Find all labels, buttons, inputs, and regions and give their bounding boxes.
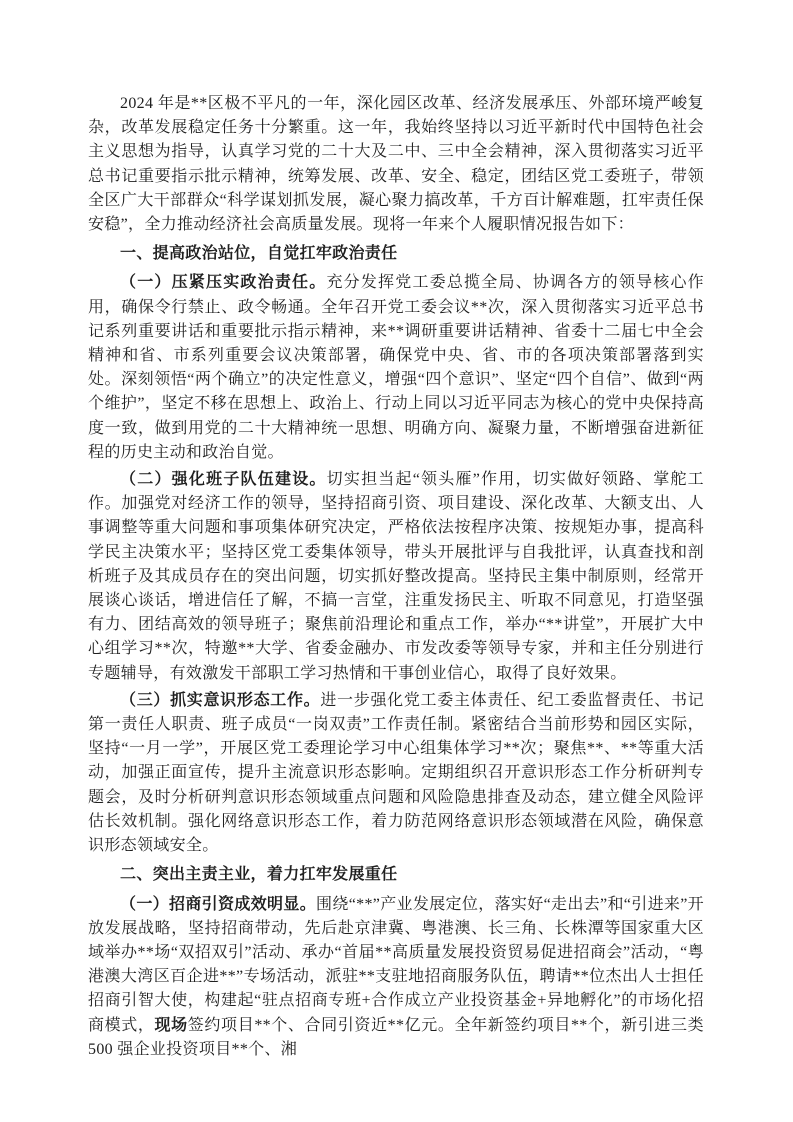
document-page: 2024 年是**区极不平凡的一年，深化园区改革、经济发展承压、外部环境严峻复杂… — [0, 0, 793, 1122]
bold-text-run: （三）抓实意识形态工作。 — [120, 692, 320, 709]
text-run: 切实担当起“领头雁”作用，切实做好领路、掌舵工作。加强党对经济工作的领导，坚持招… — [88, 471, 704, 682]
bold-text-run: （一）招商引资成效明显。 — [120, 896, 316, 913]
document-body: 2024 年是**区极不平凡的一年，深化园区改革、经济发展承压、外部环境严峻复杂… — [88, 92, 704, 1062]
text-run: 2024 年是**区极不平凡的一年，深化园区改革、经济发展承压、外部环境严峻复杂… — [88, 95, 704, 233]
bold-text-run: 现场 — [155, 1017, 188, 1034]
section-1-paragraph-2: （二）强化班子队伍建设。切实担当起“领头雁”作用，切实做好领路、掌舵工作。加强党… — [88, 468, 704, 686]
text-run: 充分发挥党工委总揽全局、协调各方的领导核心作用，确保令行禁止、政令畅通。全年召开… — [88, 274, 704, 460]
section-2-paragraph-1: （一）招商引资成效明显。围绕“**”产业发展定位，落实好“走出去”和“引进来”开… — [88, 893, 704, 1062]
bold-text-run: 一、提高政治站位，自觉扛牢政治责任 — [120, 245, 397, 262]
text-run: 围绕“**”产业发展定位，落实好“走出去”和“引进来”开放发展战略，坚持招商带动… — [88, 896, 704, 1034]
section-2-heading: 二、突出主责主业，着力扛牢发展重任 — [88, 863, 704, 887]
section-1-paragraph-3: （三）抓实意识形态工作。进一步强化党工委主体责任、纪工委监督责任、书记第一责任人… — [88, 689, 704, 858]
section-1-heading: 一、提高政治站位，自觉扛牢政治责任 — [88, 242, 704, 266]
intro-paragraph: 2024 年是**区极不平凡的一年，深化园区改革、经济发展承压、外部环境严峻复杂… — [88, 92, 704, 237]
bold-text-run: 二、突出主责主业，着力扛牢发展重任 — [120, 866, 397, 883]
bold-text-run: （二）强化班子队伍建设。 — [120, 471, 327, 488]
bold-text-run: （一）压紧压实政治责任。 — [120, 274, 326, 291]
text-run: 进一步强化党工委主体责任、纪工委监督责任、书记第一责任人职责、班子成员“一岗双责… — [88, 692, 704, 854]
section-1-paragraph-1: （一）压紧压实政治责任。充分发挥党工委总揽全局、协调各方的领导核心作用，确保令行… — [88, 271, 704, 465]
